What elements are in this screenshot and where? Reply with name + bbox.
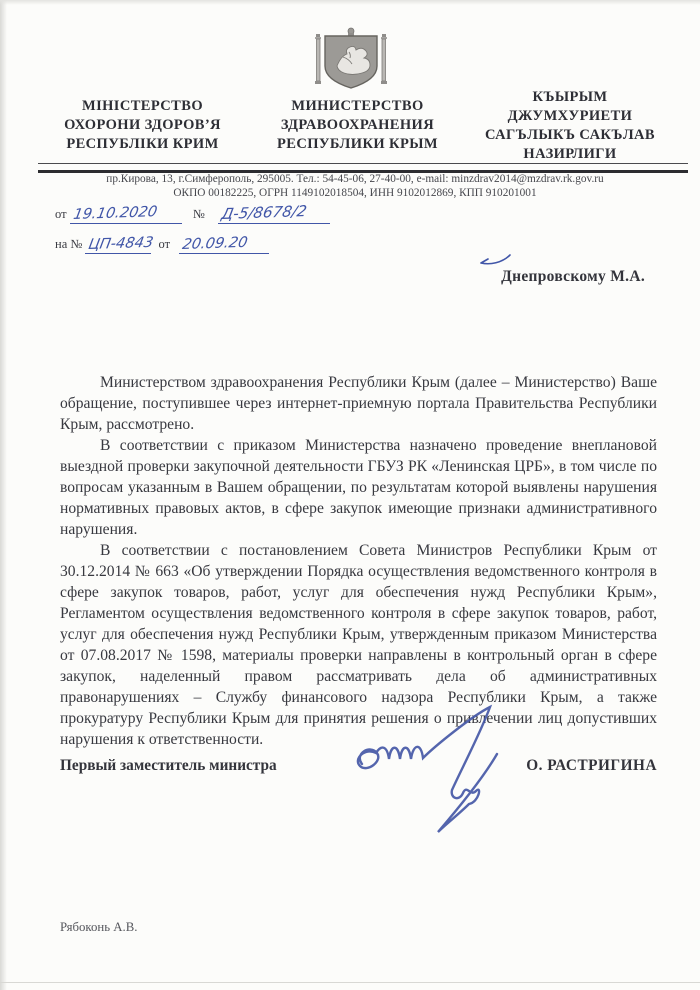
signer-title: Первый заместитель министра <box>60 757 277 775</box>
crimea-coat-of-arms-icon <box>313 26 389 92</box>
letterhead-contact: пр.Кирова, 13, г.Симферополь, 295005. Те… <box>40 172 670 200</box>
incoming-date-field: 20.09.20 <box>179 233 269 254</box>
contact-registration-codes: ОКПО 00182225, ОГРН 1149102018504, ИНН 9… <box>40 186 670 200</box>
scan-edge-shadow-left <box>0 0 7 990</box>
paragraph-inspection: В соответствии с приказом Министерства н… <box>60 435 657 540</box>
contact-address-phone: пр.Кирова, 13, г.Симферополь, 295005. Те… <box>40 172 670 186</box>
ministry-name-ukrainian: МІНІСТЕРСТВО ОХОРОНИ ЗДОРОВ’Я РЕСПУБЛІКИ… <box>40 88 245 154</box>
paragraph-intro: Министерством здравоохранения Республики… <box>60 372 657 435</box>
number-label: № <box>193 207 205 224</box>
reply-from-label: от <box>159 237 171 254</box>
reference-block: от 19.10.2020 № Д-5/8678/2 на № ЦП-4843 … <box>55 203 375 263</box>
reply-to-label: на № <box>55 237 82 254</box>
letter-body: Министерством здравоохранения Республики… <box>60 372 657 750</box>
scan-edge-shadow-top <box>0 0 700 5</box>
handwritten-incoming-number: ЦП-4843 <box>87 235 155 253</box>
incoming-number-field: ЦП-4843 <box>85 233 151 254</box>
recipient-name: Днепровскому М.А. <box>501 268 645 286</box>
ministry-name-crimean-tatar: КЪЫРЫМ ДЖУМХУРИЕТИ САГЪЛЫКЪ САКЪЛАВ НАЗИ… <box>470 88 670 164</box>
ministry-name-russian: МИНИСТЕРСТВО ЗДРАВООХРАНЕНИЯ РЕСПУБЛИКИ … <box>250 88 465 154</box>
executor-name: Рябоконь А.В. <box>60 920 137 935</box>
outgoing-reference-line: от 19.10.2020 № Д-5/8678/2 <box>55 203 375 233</box>
handwritten-incoming-date: 20.09.20 <box>181 235 249 253</box>
handwritten-outgoing-number: Д-5/8678/2 <box>220 202 308 223</box>
from-label: от <box>55 207 67 224</box>
letterhead-ministries: МІНІСТЕРСТВО ОХОРОНИ ЗДОРОВ’Я РЕСПУБЛІКИ… <box>40 88 670 164</box>
scanned-letter-page: МІНІСТЕРСТВО ОХОРОНИ ЗДОРОВ’Я РЕСПУБЛІКИ… <box>0 0 700 990</box>
handwritten-outgoing-date: 19.10.2020 <box>72 204 158 223</box>
outgoing-date-field: 19.10.2020 <box>70 203 182 224</box>
outgoing-number-field: Д-5/8678/2 <box>218 203 330 224</box>
incoming-reference-line: на № ЦП-4843 от 20.09.20 <box>55 233 375 263</box>
signature-row: Первый заместитель министра О. РАСТРИГИН… <box>60 755 657 785</box>
scan-artifact-line <box>0 982 700 983</box>
signer-name: О. РАСТРИГИНА <box>526 757 657 775</box>
